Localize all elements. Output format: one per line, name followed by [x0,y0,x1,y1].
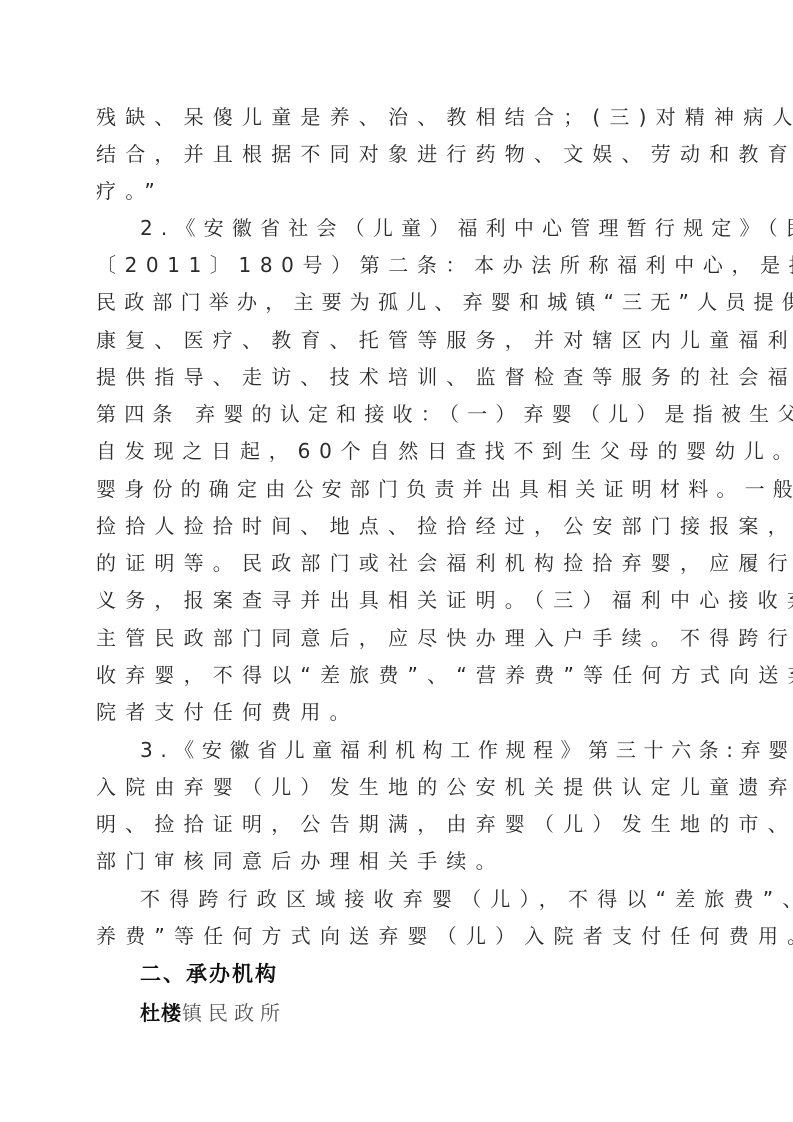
text-line: 民政部门举办，主要为孤儿、弃婴和城镇“三无”人员提供养护、 [96,284,700,321]
text-line: 疗。” [96,173,700,210]
text-line: 残缺、呆傻儿童是养、治、教相结合；(三)对精神病人是养、治 [96,99,700,136]
organization-name-bold: 杜楼 [140,1001,182,1025]
text-line: 不得跨行政区域接收弃婴（儿），不得以“差旅费”、“营 [140,881,700,918]
section-heading: 二、承办机构 [140,956,700,993]
text-line: 结合，并且根据不同对象进行药物、文娱、劳动和教育的综合治 [96,136,700,173]
text-line: 的证明等。民政部门或社会福利机构捡拾弃婴，应履行捡拾人的 [96,545,700,582]
text-line: 院者支付任何费用。 [96,694,700,731]
text-line: 提供指导、走访、技术培训、监督检查等服务的社会福利机构。 [96,359,700,396]
text-line: 康复、医疗、教育、托管等服务，并对辖区内儿童福利保障工作 [96,322,700,359]
text-line: 义务，报案查寻并出具相关证明。（三）福利中心接收弃婴，经 [96,582,700,619]
text-line: 养费”等任何方式向送弃婴（儿）入院者支付任何费用。 [96,918,700,955]
text-line: 自发现之日起，60个自然日查找不到生父母的婴幼儿。（二）弃 [96,433,700,470]
organization-name: 杜楼镇民政所 [140,995,700,1032]
text-line: 婴身份的确定由公安部门负责并出具相关证明材料。一般应包括： [96,471,700,508]
text-line: 第四条 弃婴的认定和接收：（一）弃婴（儿）是指被生父母遗弃， [96,396,700,433]
text-line: 部门审核同意后办理相关手续。 [96,843,700,880]
text-line: 2.《安徽省社会（儿童）福利中心管理暂行规定》（民福函 [140,210,700,247]
text-line: 3.《安徽省儿童福利机构工作规程》第三十六条:弃婴（儿） [140,732,700,769]
text-line: 入院由弃婴（儿）发生地的公安机关提供认定儿童遗弃的报案证 [96,769,700,806]
text-line: 收弃婴，不得以“差旅费”、“营养费”等任何方式向送弃婴入 [96,657,700,694]
document-page: 残缺、呆傻儿童是养、治、教相结合；(三)对精神病人是养、治 结合，并且根据不同对… [0,0,793,1122]
text-line: 捡拾人捡拾时间、地点、捡拾经过，公安部门接报案，查寻无果 [96,508,700,545]
text-line: 明、捡拾证明，公告期满，由弃婴（儿）发生地的市、县级民政 [96,806,700,843]
text-line: 主管民政部门同意后，应尽快办理入户手续。不得跨行政区域接 [96,620,700,657]
text-line: 〔2011〕180号）第二条：本办法所称福利中心，是指县级以上 [96,247,700,284]
organization-name-rest: 镇民政所 [182,1001,286,1025]
